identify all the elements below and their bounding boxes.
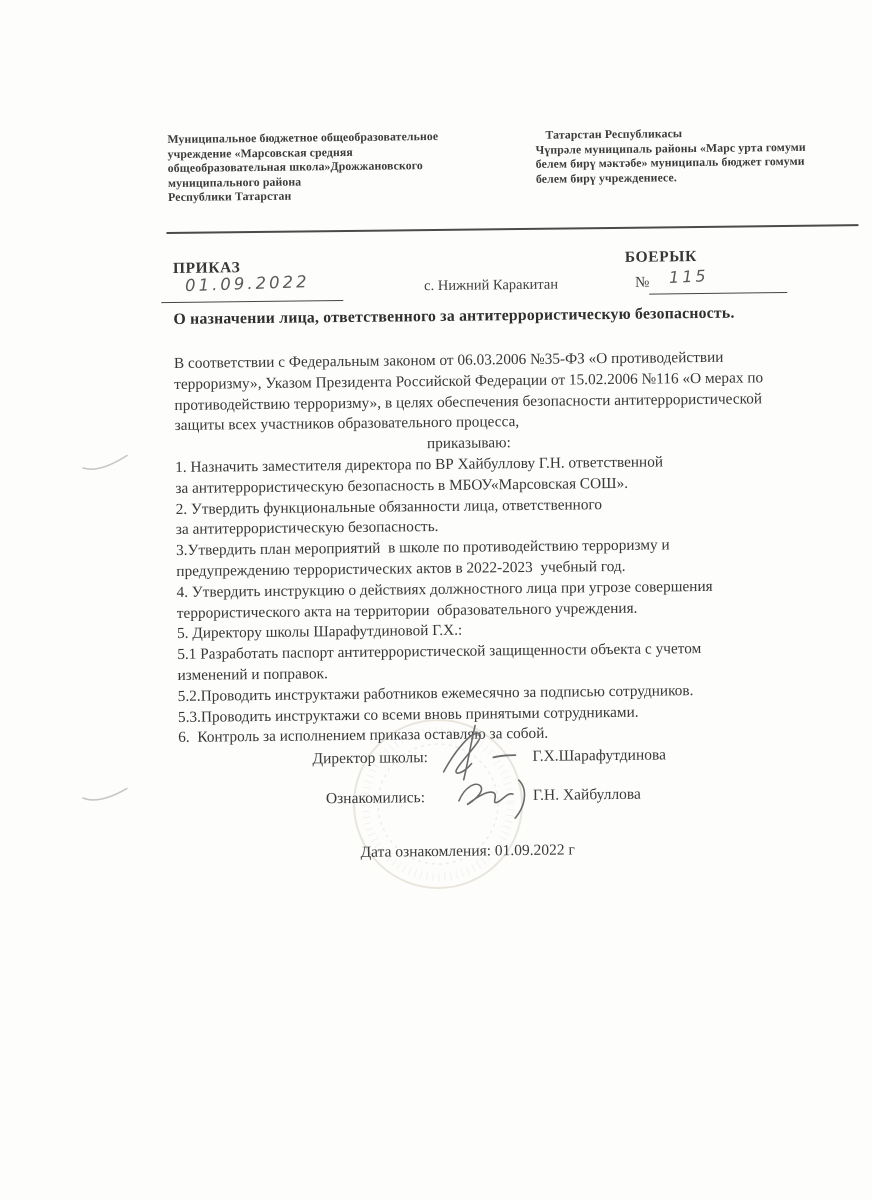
order-number-handwritten: 115 [669,266,709,287]
date-underline [161,300,343,303]
acknowledged-label: Ознакомились: [326,789,425,808]
org-name-line: Республики Татарстан [168,187,486,205]
margin-mark [81,784,129,807]
org-name-tatar: Татарстан Республикасы Чүпрәле муниципал… [535,124,858,186]
number-sign: № [635,275,650,292]
director-label: Директор школы: [312,749,428,768]
place-name: с. Нижний Каракитан [424,277,558,296]
org-name-line: белем бирү учреждениесе. [536,168,858,186]
order-date-handwritten: 01.09.2022 [185,272,310,295]
header-divider [166,224,858,233]
scan-content: Муниципальное бюджетное общеобразователь… [0,0,872,1200]
acknowledged-name: Г.Н. Хайбуллова [533,786,641,805]
boeryk-label: БОЕРЫК [625,248,697,267]
org-name-russian: Муниципальное бюджетное общеобразователь… [167,128,486,205]
order-body: В соответствии с Федеральным законом от … [174,346,852,749]
acknowledged-signature-icon [453,774,542,821]
acknowledgement-date: Дата ознакомления: 01.09.2022 г [360,841,575,861]
scanned-order-document: Муниципальное бюджетное общеобразователь… [0,0,872,1200]
document-title: О назначении лица, ответственного за ант… [173,303,833,328]
director-name: Г.Х.Шарафутдинова [532,746,666,766]
margin-mark [81,451,129,474]
number-underline [649,292,787,295]
